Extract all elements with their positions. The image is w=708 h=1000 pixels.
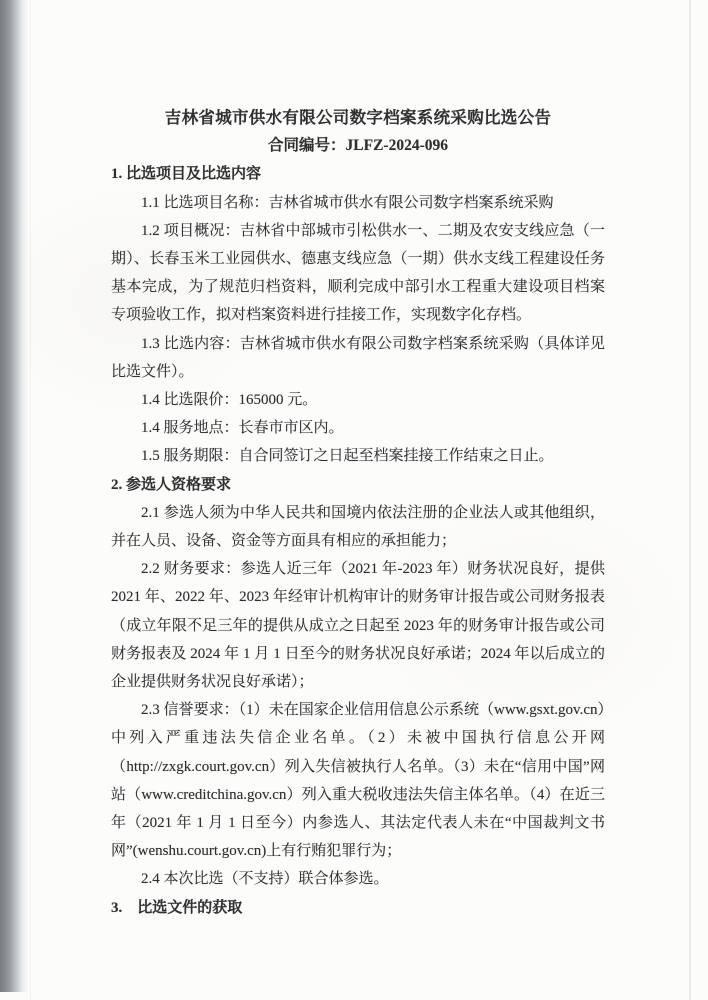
paragraph-1-3: 1.3 比选内容：吉林省城市供水有限公司数字档案系统采购（具体详见比选文件）。 <box>111 330 605 386</box>
section-bid-project: 1. 比选项目及比选内容 1.1 比选项目名称：吉林省城市供水有限公司数字档案系… <box>111 160 605 470</box>
paragraph-1-4-location: 1.4 服务地点：长春市市区内。 <box>111 414 605 442</box>
section-2-heading: 2. 参选人资格要求 <box>111 471 605 499</box>
paragraph-2-2-finance: 2.2 财务要求：参选人近三年（2021 年-2023 年）财务状况良好，提供 … <box>111 555 605 696</box>
scan-artifact-line-right <box>689 0 691 1000</box>
document-title: 吉林省城市供水有限公司数字档案系统采购比选公告 <box>111 104 605 132</box>
scanned-document-page: 吉林省城市供水有限公司数字档案系统采购比选公告 合同编号：JLFZ-2024-0… <box>0 0 708 1000</box>
paragraph-2-4-consortium: 2.4 本次比选（不支持）联合体参选。 <box>111 865 605 893</box>
paragraph-1-2: 1.2 项目概况：吉林省中部城市引松供水一、二期及农安支线应急（一期）、长春玉米… <box>111 217 605 330</box>
section-1-heading: 1. 比选项目及比选内容 <box>111 160 605 188</box>
scan-edge-shadow <box>0 0 28 992</box>
paragraph-2-3-credit: 2.3 信誉要求：（1）未在国家企业信用信息公示系统（www.gsxt.gov.… <box>111 696 605 865</box>
section-qualification-requirements: 2. 参选人资格要求 2.1 参选人须为中华人民共和国境内依法注册的企业法人或其… <box>111 471 605 894</box>
section-3-heading: 3. 比选文件的获取 <box>111 894 605 922</box>
paragraph-1-1: 1.1 比选项目名称：吉林省城市供水有限公司数字档案系统采购 <box>111 189 605 217</box>
contract-number: 合同编号：JLFZ-2024-096 <box>111 132 605 160</box>
scan-artifact-line-left <box>30 0 31 1000</box>
paragraph-1-4-price: 1.4 比选限价：165000 元。 <box>111 386 605 414</box>
paragraph-2-1: 2.1 参选人须为中华人民共和国境内依法注册的企业法人或其他组织，并在人员、设备… <box>111 499 605 555</box>
paragraph-1-5-term: 1.5 服务期限：自合同签订之日起至档案挂接工作结束之日止。 <box>111 442 605 470</box>
document-content: 吉林省城市供水有限公司数字档案系统采购比选公告 合同编号：JLFZ-2024-0… <box>111 104 605 922</box>
section-document-acquisition: 3. 比选文件的获取 <box>111 894 605 922</box>
